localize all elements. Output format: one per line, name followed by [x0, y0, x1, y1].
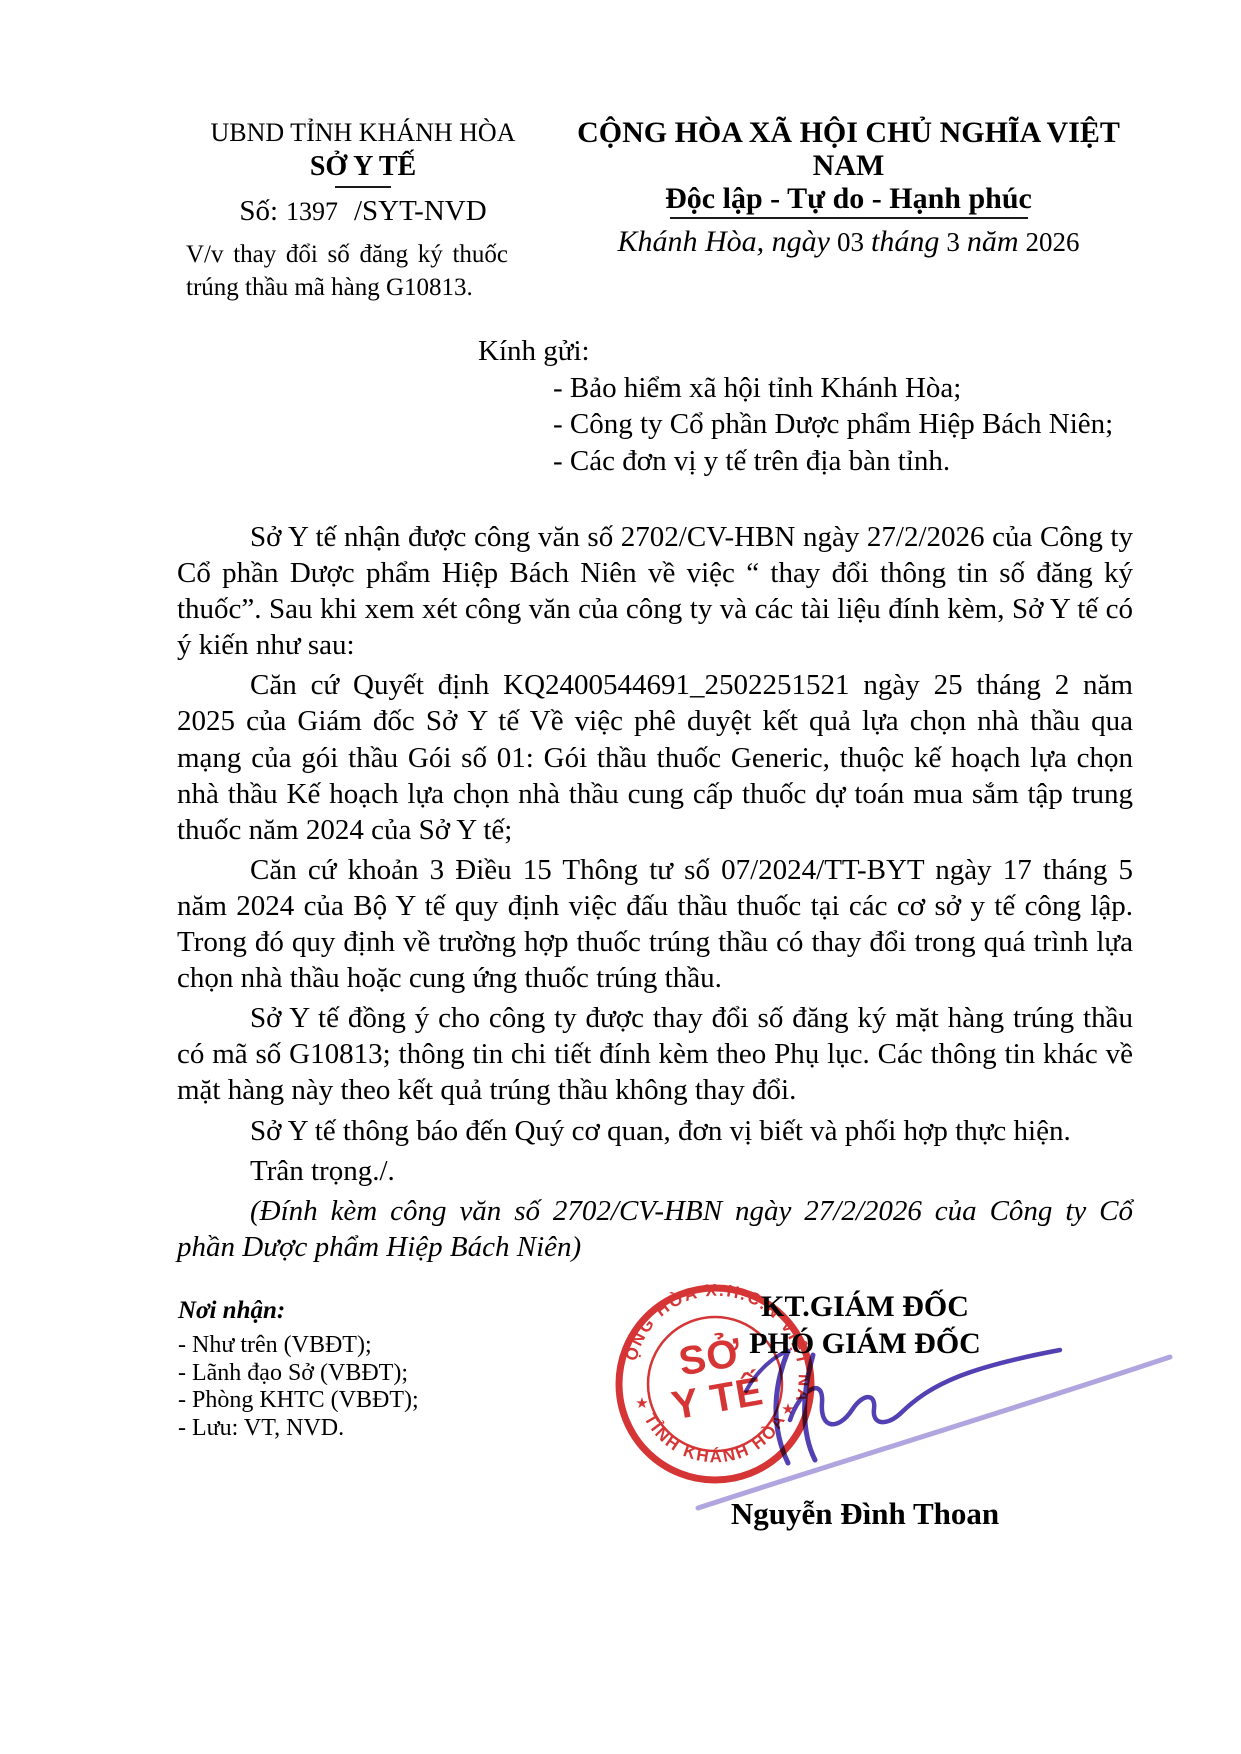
national-title: CỘNG HÒA XÃ HỘI CHỦ NGHĨA VIỆT NAM — [560, 116, 1137, 182]
subject-line-2: trúng thầu mã hàng G10813. — [186, 271, 508, 304]
number-value: 1397 — [286, 197, 338, 226]
document-page: UBND TỈNH KHÁNH HÒA SỞ Y TẾ Số:1397/SYT-… — [0, 0, 1241, 1754]
distribution-block: Nơi nhận: - Như trên (VBĐT); - Lãnh đạo … — [178, 1296, 419, 1442]
recipient-line: - Các đơn vị y tế trên địa bàn tỉnh. — [553, 443, 1113, 480]
letter-body: Sở Y tế nhận được công văn số 2702/CV-HB… — [177, 519, 1133, 1269]
paragraph-basis-2: Căn cứ khoản 3 Điều 15 Thông tư số 07/20… — [177, 852, 1133, 996]
issuing-authority: SỞ Y TẾ — [163, 150, 563, 183]
subject-line-1: V/v thay đổi số đăng ký thuốc — [186, 238, 508, 271]
paragraph-basis-1: Căn cứ Quyết định KQ2400544691_250225152… — [177, 667, 1133, 847]
recipient-line: - Bảo hiểm xã hội tỉnh Khánh Hòa; — [553, 370, 1113, 407]
distribution-line: - Phòng KHTC (VBĐT); — [178, 1387, 419, 1415]
paragraph-intro: Sở Y tế nhận được công văn số 2702/CV-HB… — [177, 519, 1133, 663]
date-place: Khánh Hòa, ngày — [617, 225, 830, 258]
paragraph-decision: Sở Y tế đồng ý cho công ty được thay đổi… — [177, 1000, 1133, 1108]
document-number: Số:1397/SYT-NVD — [163, 193, 563, 230]
salutation-recipients: - Bảo hiểm xã hội tỉnh Khánh Hòa; - Công… — [553, 370, 1113, 480]
paragraph-regards: Trân trọng./. — [177, 1153, 1133, 1189]
motto-underline — [670, 217, 1028, 219]
parent-authority: UBND TỈNH KHÁNH HÒA — [163, 116, 563, 150]
header-issuing-authority: UBND TỈNH KHÁNH HÒA SỞ Y TẾ Số:1397/SYT-… — [163, 116, 563, 230]
document-subject: V/v thay đổi số đăng ký thuốc trúng thầu… — [186, 238, 508, 304]
distribution-label: Nơi nhận: — [178, 1296, 419, 1326]
handwritten-signature-icon — [640, 1295, 1200, 1530]
salutation-label: Kính gửi: — [478, 333, 1113, 370]
date-year: 2026 — [1026, 227, 1080, 257]
authority-underline — [335, 186, 391, 188]
salutation-block: Kính gửi: - Bảo hiểm xã hội tỉnh Khánh H… — [478, 333, 1113, 479]
distribution-line: - Lãnh đạo Sở (VBĐT); — [178, 1360, 419, 1388]
distribution-line: - Như trên (VBĐT); — [178, 1332, 419, 1360]
header-national: CỘNG HÒA XÃ HỘI CHỦ NGHĨA VIỆT NAM Độc l… — [560, 116, 1137, 260]
place-and-date: Khánh Hòa, ngày03tháng3năm2026 — [560, 224, 1137, 260]
national-motto: Độc lập - Tự do - Hạnh phúc — [560, 182, 1137, 215]
date-day: 03 — [837, 227, 864, 257]
signer-name: Nguyễn Đình Thoan — [660, 1496, 1070, 1532]
date-month-word: tháng — [871, 225, 939, 258]
paragraph-notice: Sở Y tế thông báo đến Quý cơ quan, đơn v… — [177, 1113, 1133, 1149]
date-month: 3 — [946, 227, 960, 257]
paragraph-attachment-note: (Đính kèm công văn số 2702/CV-HBN ngày 2… — [177, 1193, 1133, 1265]
recipient-line: - Công ty Cổ phần Dược phẩm Hiệp Bách Ni… — [553, 406, 1113, 443]
distribution-line: - Lưu: VT, NVD. — [178, 1415, 419, 1443]
number-label: Số: — [239, 195, 278, 227]
number-suffix: /SYT-NVD — [354, 195, 487, 227]
date-year-word: năm — [967, 225, 1019, 258]
